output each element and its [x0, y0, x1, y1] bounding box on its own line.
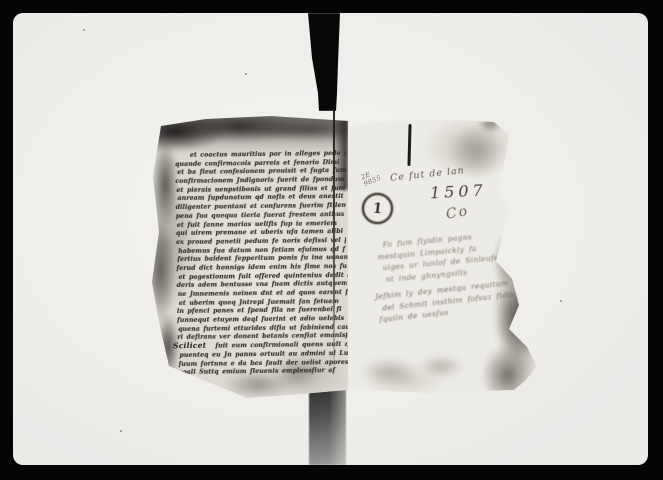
spine-shadow-bottom [309, 381, 346, 465]
dust-speck [120, 430, 122, 432]
pencil-cote: 2E 9855 [360, 168, 382, 187]
smudge-bottom [350, 343, 480, 395]
emphasized-word: Scilicet [173, 341, 206, 351]
photo-print: et coactus mauritius por in alleges pede… [13, 13, 648, 465]
right-parchment-leaf: Ce fut de lan 1507 Co 2E 9855 1 Fa fum f… [348, 119, 540, 395]
left-parchment-leaf: et coactus mauritius por in alleges pede… [151, 114, 348, 402]
faint-notes-upper: Fa fum flyidin pagnsmestquin Limpaickly … [382, 230, 500, 286]
scanned-archive-photograph: et coactus mauritius por in alleges pede… [0, 0, 663, 480]
dust-speck [83, 29, 85, 31]
spine-shadow-top [303, 13, 351, 111]
center-fold-shadow [333, 108, 335, 386]
flourish-mark: Co [445, 203, 471, 223]
faint-notes-lower: Jefhim ly dey mestqu requitumdel Schmit … [375, 278, 516, 327]
ink-stroke-mark [407, 124, 411, 166]
manuscript-line: ugall Suttq emium fleuenis empleusfiur a… [178, 367, 348, 378]
heading-script: Ce fut de lan [390, 165, 466, 184]
dust-speck [245, 73, 247, 75]
archive-folio-stamp: 1 [360, 191, 394, 225]
stamp-digit: 1 [372, 200, 383, 217]
year-annotation: 1507 [430, 181, 488, 203]
dust-speck [560, 300, 562, 302]
